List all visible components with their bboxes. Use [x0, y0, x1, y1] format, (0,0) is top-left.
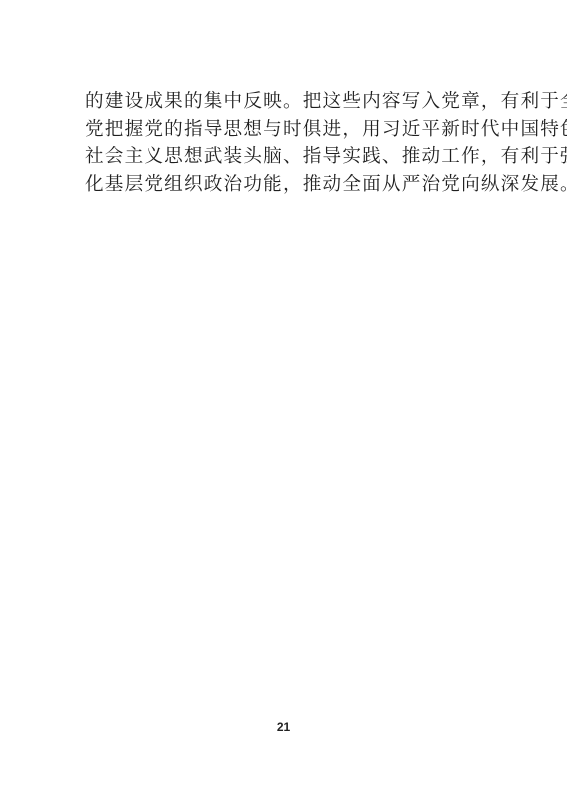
paragraph-line: 的建设成果的集中反映。把这些内容写入党章，有利于全 [85, 88, 485, 116]
page-number: 21 [0, 720, 567, 734]
paragraph-line: 化基层党组织政治功能，推动全面从严治党向纵深发展。 [85, 171, 485, 199]
paragraph: 的建设成果的集中反映。把这些内容写入党章，有利于全 党把握党的指导思想与时俱进，… [85, 88, 485, 198]
paragraph-line: 社会主义思想武装头脑、指导实践、推动工作，有利于强 [85, 143, 485, 171]
document-page: 的建设成果的集中反映。把这些内容写入党章，有利于全 党把握党的指导思想与时俱进，… [0, 0, 567, 793]
paragraph-line: 党把握党的指导思想与时俱进，用习近平新时代中国特色 [85, 116, 485, 144]
